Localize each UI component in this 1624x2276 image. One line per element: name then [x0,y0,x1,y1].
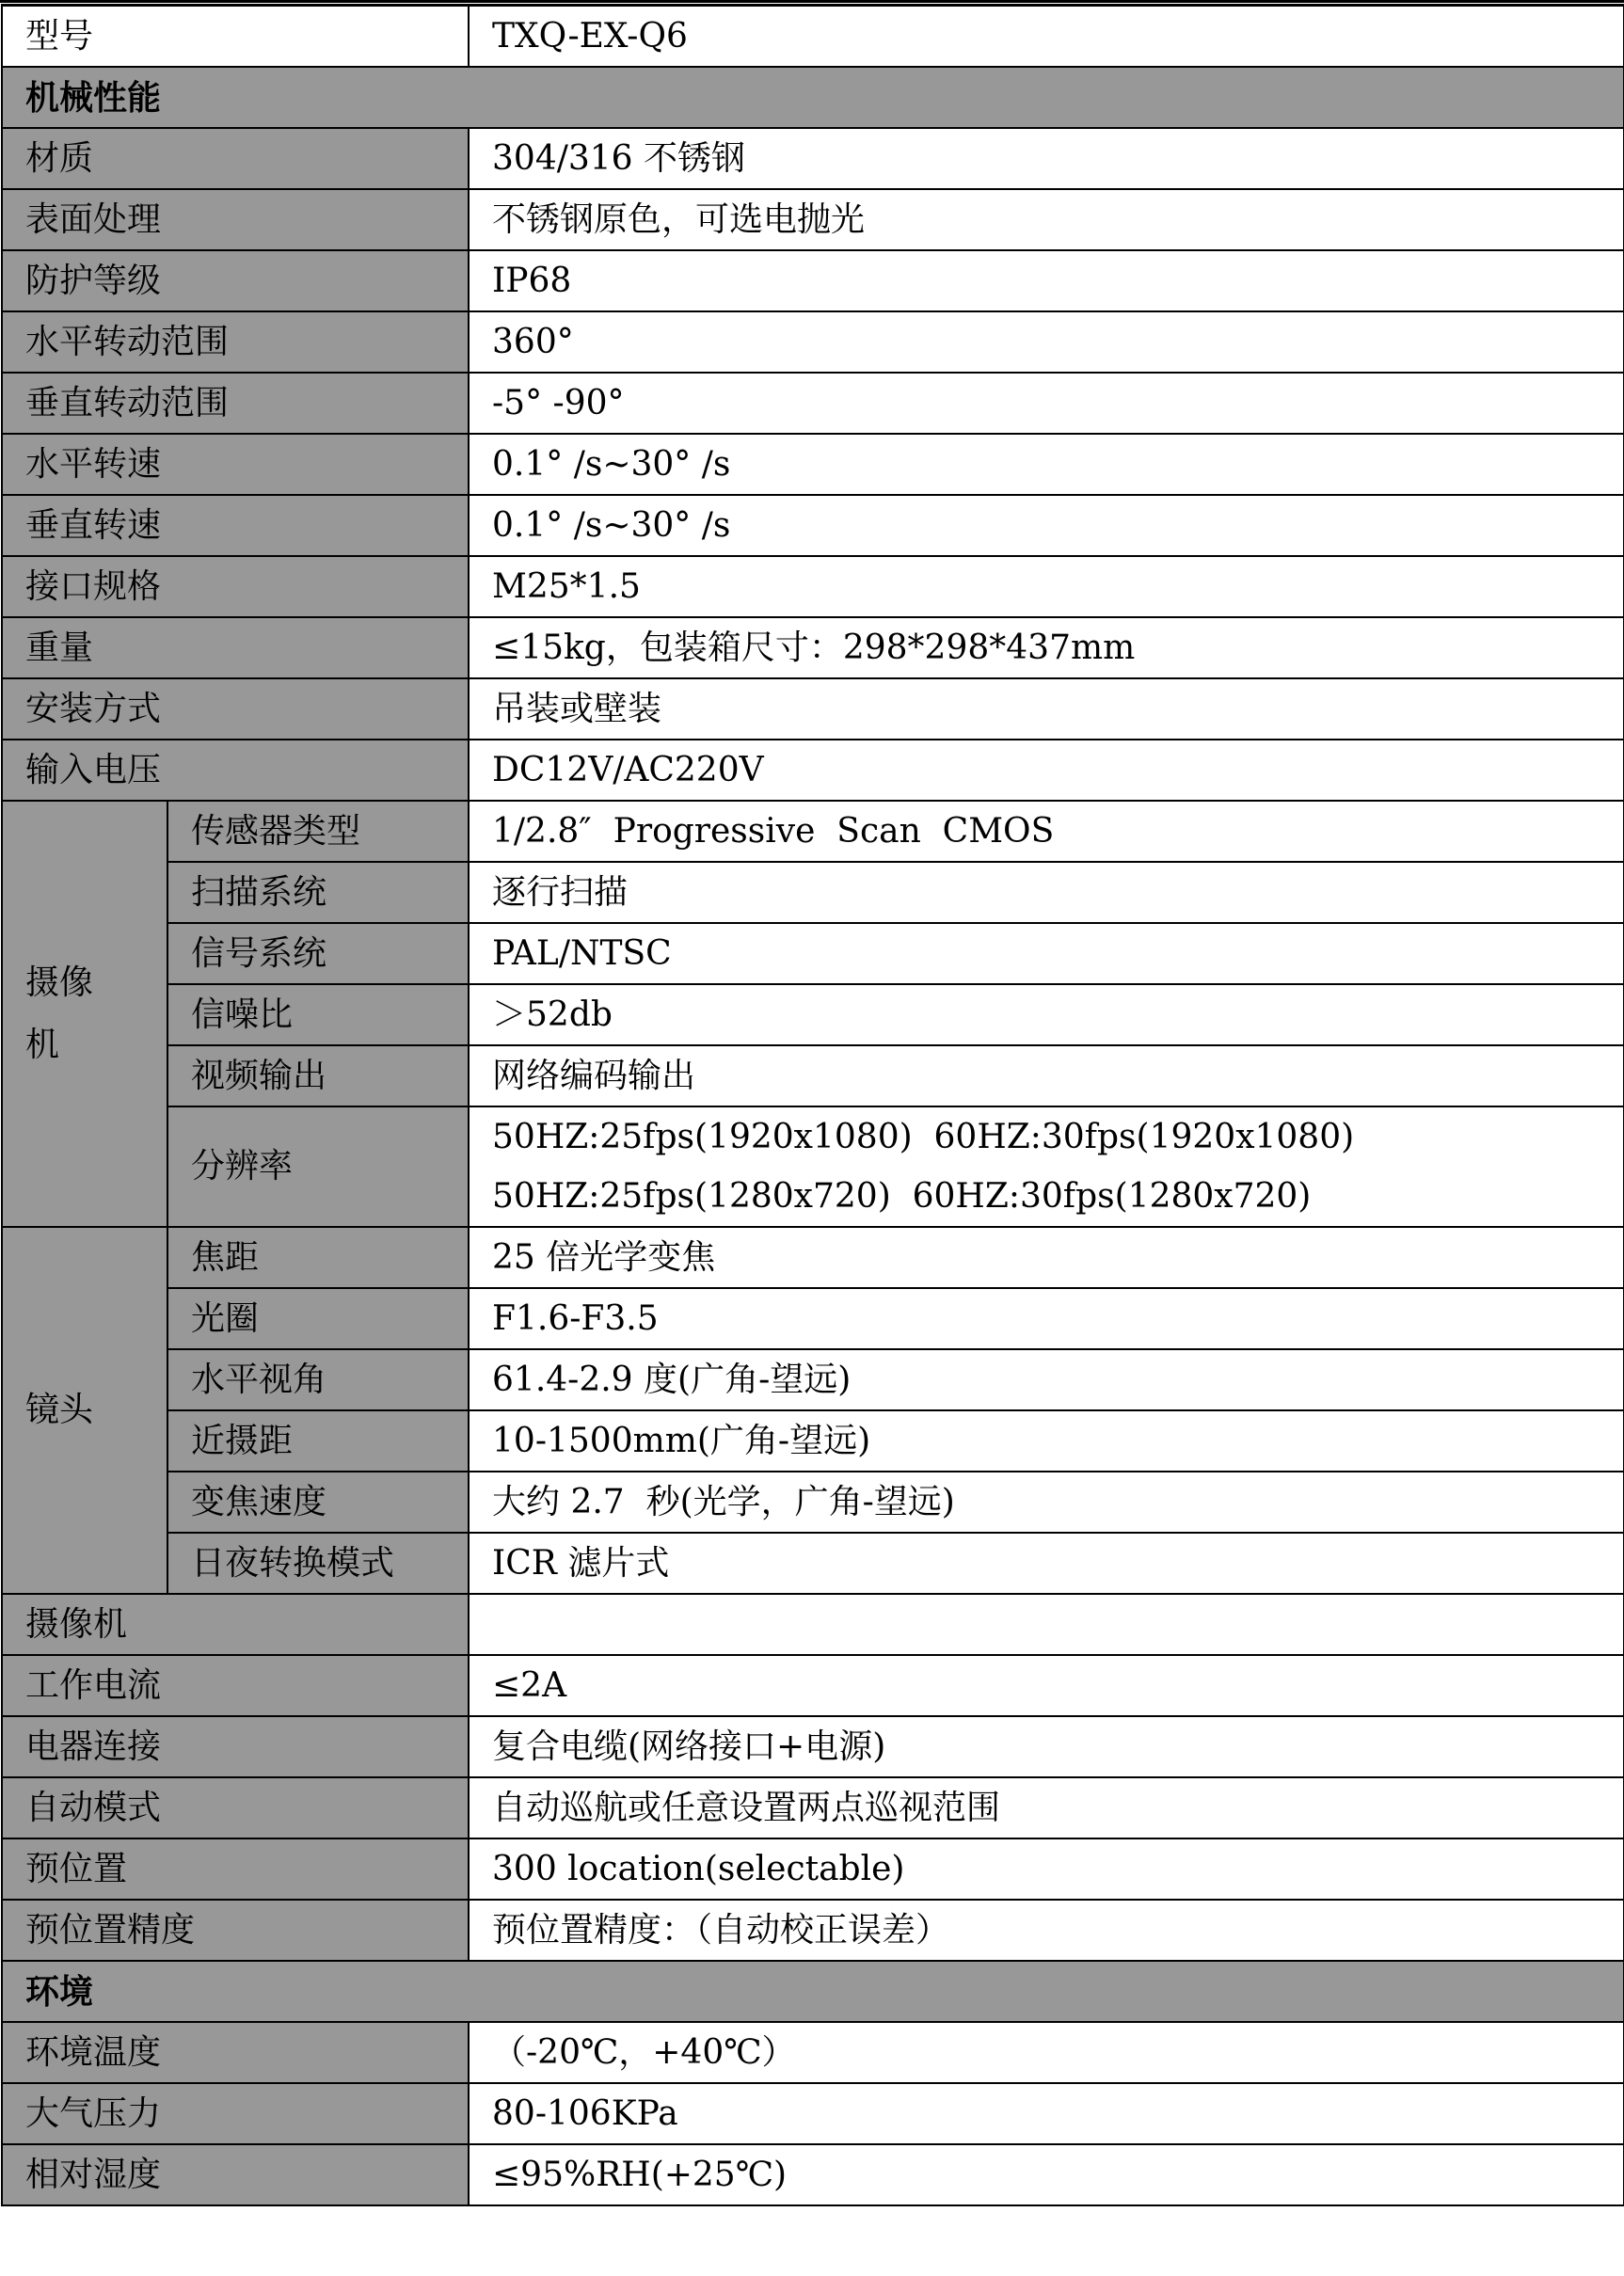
row-value: 大约 2.7 秒(光学，广角-望远) [469,1472,1624,1533]
row-value: F1.6-F3.5 [469,1288,1624,1349]
table-row: 材质 304/316 不锈钢 [2,128,1624,189]
row-model: 型号 TXQ-EX-Q6 [2,6,1624,68]
model-label: 型号 [2,6,469,68]
table-row: 摄像机 [2,1594,1624,1655]
table-row: 水平视角 61.4-2.9 度(广角-望远) [2,1349,1624,1410]
row-value: ≤95%RH(+25℃) [469,2144,1624,2205]
row-value: 300 location(selectable) [469,1838,1624,1900]
table-row: 摄像 机 传感器类型 1/2.8″ Progressive Scan CMOS [2,801,1624,862]
row-value: 复合电缆(网络接口+电源) [469,1716,1624,1777]
row-value: （-20℃，+40℃） [469,2022,1624,2083]
row-value: DC12V/AC220V [469,740,1624,801]
spec-table: 型号 TXQ-EX-Q6 机械性能 材质 304/316 不锈钢 表面处理 不锈… [1,4,1624,2206]
top-rule [0,0,1624,3]
row-label: 重量 [2,617,469,678]
row-label: 防护等级 [2,250,469,311]
row-value: 自动巡航或任意设置两点巡视范围 [469,1777,1624,1838]
table-row: 日夜转换模式 ICR 滤片式 [2,1533,1624,1594]
table-row: 视频输出 网络编码输出 [2,1045,1624,1106]
row-label: 焦距 [167,1227,469,1288]
table-row: 水平转动范围 360° [2,311,1624,373]
row-label: 自动模式 [2,1777,469,1838]
row-label: 表面处理 [2,189,469,250]
row-label: 相对湿度 [2,2144,469,2205]
row-label: 预位置精度 [2,1900,469,1961]
row-label: 电器连接 [2,1716,469,1777]
row-label: 光圈 [167,1288,469,1349]
row-value: -5° -90° [469,373,1624,434]
row-value: 网络编码输出 [469,1045,1624,1106]
row-value [469,1594,1624,1655]
table-row: 预位置精度 预位置精度：（自动校正误差） [2,1900,1624,1961]
row-label: 垂直转速 [2,495,469,556]
row-label: 扫描系统 [167,862,469,923]
model-value: TXQ-EX-Q6 [469,6,1624,68]
table-row: 重量 ≤15kg，包装箱尺寸：298*298*437mm [2,617,1624,678]
table-row: 光圈 F1.6-F3.5 [2,1288,1624,1349]
row-value: 1/2.8″ Progressive Scan CMOS [469,801,1624,862]
row-value: 360° [469,311,1624,373]
section-title-environment: 环境 [2,1961,1624,2022]
row-label: 水平转速 [2,434,469,495]
table-row: 近摄距 10-1500mm(广角-望远) [2,1410,1624,1472]
group-label-line: 机 [25,1014,101,1076]
group-label-camera: 摄像 机 [2,801,167,1227]
row-label: 工作电流 [2,1655,469,1716]
section-title-mechanical: 机械性能 [2,67,1624,128]
resolution-line-2: 50HZ:25fps(1280x720) 60HZ:30fps(1280x720… [469,1167,1624,1227]
row-label: 变焦速度 [167,1472,469,1533]
row-value: 预位置精度：（自动校正误差） [469,1900,1624,1961]
table-row: 表面处理 不锈钢原色，可选电抛光 [2,189,1624,250]
row-value: ＞52db [469,984,1624,1045]
row-value: 80-106KPa [469,2083,1624,2144]
table-row: 水平转速 0.1° /s~30° /s [2,434,1624,495]
table-row: 环境温度 （-20℃，+40℃） [2,2022,1624,2083]
spec-sheet: 型号 TXQ-EX-Q6 机械性能 材质 304/316 不锈钢 表面处理 不锈… [0,0,1624,2276]
section-environment: 环境 [2,1961,1624,2022]
row-value: 304/316 不锈钢 [469,128,1624,189]
row-label: 视频输出 [167,1045,469,1106]
row-label: 材质 [2,128,469,189]
row-value: ≤2A [469,1655,1624,1716]
row-label: 安装方式 [2,678,469,740]
table-row: 镜头 焦距 25 倍光学变焦 [2,1227,1624,1288]
row-label: 预位置 [2,1838,469,1900]
group-label-line: 镜头 [25,1379,101,1441]
row-label: 信噪比 [167,984,469,1045]
row-label: 垂直转动范围 [2,373,469,434]
row-label: 日夜转换模式 [167,1533,469,1594]
row-value: 0.1° /s~30° /s [469,495,1624,556]
resolution-line-1: 50HZ:25fps(1920x1080) 60HZ:30fps(1920x10… [469,1106,1624,1167]
row-value: 不锈钢原色，可选电抛光 [469,189,1624,250]
table-row: 垂直转动范围 -5° -90° [2,373,1624,434]
row-value: 25 倍光学变焦 [469,1227,1624,1288]
row-value: 逐行扫描 [469,862,1624,923]
table-row: 信噪比 ＞52db [2,984,1624,1045]
row-value: ICR 滤片式 [469,1533,1624,1594]
table-row: 接口规格 M25*1.5 [2,556,1624,617]
row-value: 61.4-2.9 度(广角-望远) [469,1349,1624,1410]
table-row: 变焦速度 大约 2.7 秒(光学，广角-望远) [2,1472,1624,1533]
table-row: 电器连接 复合电缆(网络接口+电源) [2,1716,1624,1777]
table-row: 信号系统 PAL/NTSC [2,923,1624,984]
row-label: 水平视角 [167,1349,469,1410]
row-label: 分辨率 [167,1106,469,1227]
row-value: IP68 [469,250,1624,311]
row-label: 环境温度 [2,2022,469,2083]
table-row: 扫描系统 逐行扫描 [2,862,1624,923]
row-value: M25*1.5 [469,556,1624,617]
table-row: 垂直转速 0.1° /s~30° /s [2,495,1624,556]
row-label: 近摄距 [167,1410,469,1472]
row-label: 输入电压 [2,740,469,801]
section-mechanical: 机械性能 [2,67,1624,128]
row-label: 水平转动范围 [2,311,469,373]
row-label: 传感器类型 [167,801,469,862]
group-label-line: 摄像 [25,952,101,1014]
row-label: 大气压力 [2,2083,469,2144]
table-row-resolution: 分辨率 50HZ:25fps(1920x1080) 60HZ:30fps(192… [2,1106,1624,1167]
row-value: PAL/NTSC [469,923,1624,984]
table-row: 预位置 300 location(selectable) [2,1838,1624,1900]
table-row: 输入电压 DC12V/AC220V [2,740,1624,801]
table-row: 相对湿度 ≤95%RH(+25℃) [2,2144,1624,2205]
row-value: 10-1500mm(广角-望远) [469,1410,1624,1472]
table-row: 工作电流 ≤2A [2,1655,1624,1716]
row-value: ≤15kg，包装箱尺寸：298*298*437mm [469,617,1624,678]
table-row: 自动模式 自动巡航或任意设置两点巡视范围 [2,1777,1624,1838]
row-value: 吊装或壁装 [469,678,1624,740]
row-label: 接口规格 [2,556,469,617]
row-label: 信号系统 [167,923,469,984]
row-value: 0.1° /s~30° /s [469,434,1624,495]
table-row: 防护等级 IP68 [2,250,1624,311]
table-row: 大气压力 80-106KPa [2,2083,1624,2144]
group-label-lens: 镜头 [2,1227,167,1594]
table-row: 安装方式 吊装或壁装 [2,678,1624,740]
row-label: 摄像机 [2,1594,469,1655]
